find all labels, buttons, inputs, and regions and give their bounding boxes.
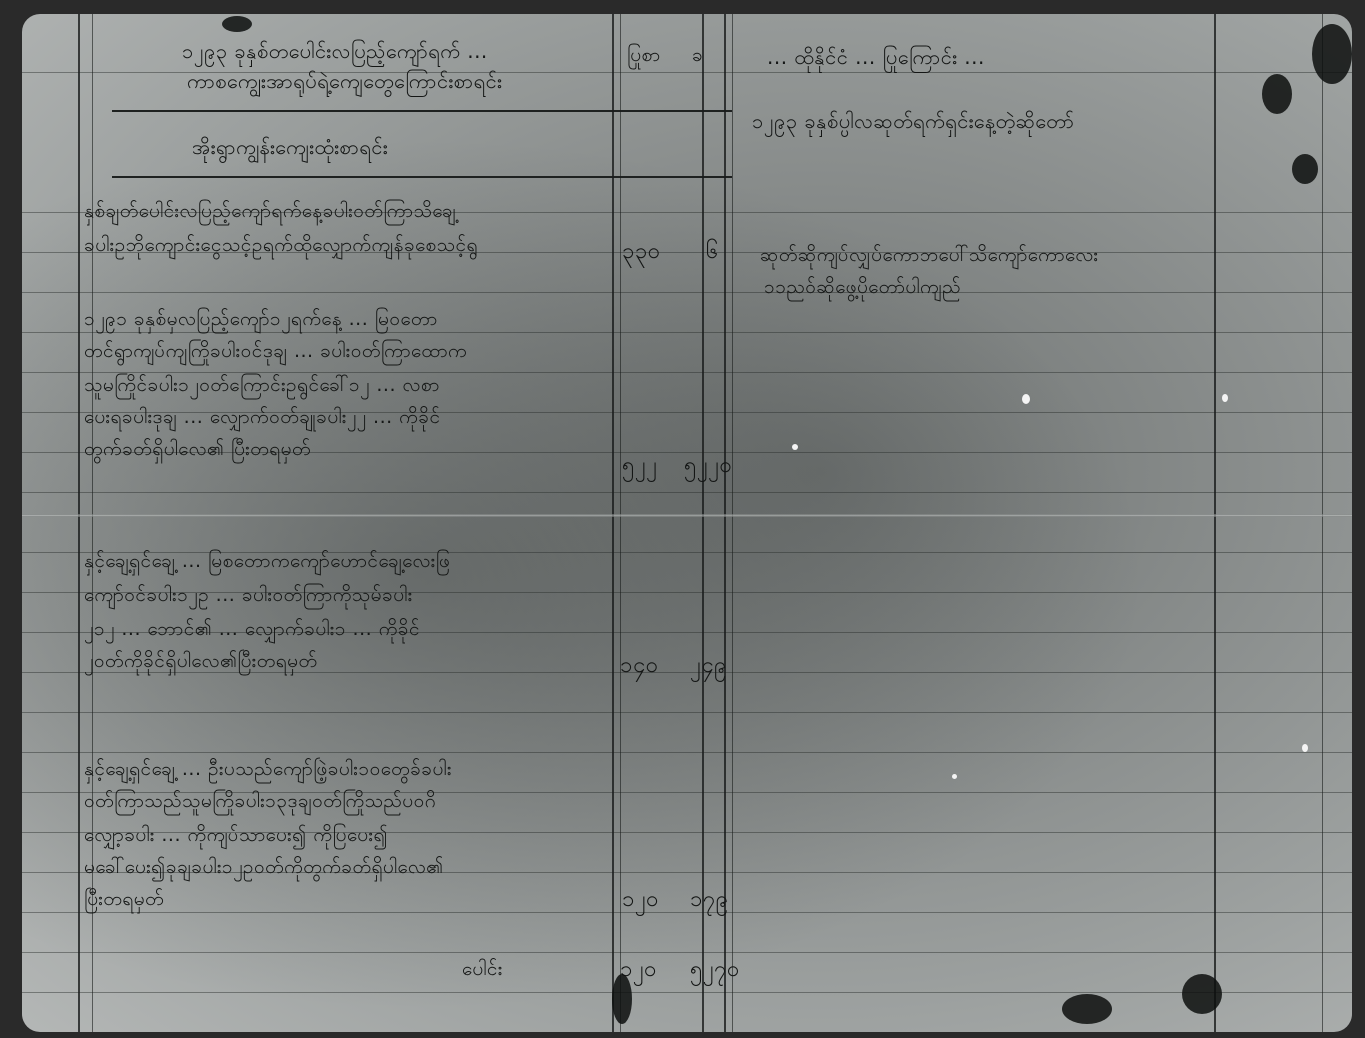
entry-fig2: ၅၂၂၀	[684, 450, 732, 481]
entry-line: သူမကြိုင်ခပါး၁၂ဝတ်ကြောင်းဥရွင်ခေါ်၁၂ ...…	[84, 370, 440, 401]
total-label: ပေါင်း	[462, 954, 503, 985]
manuscript-page: ၁၂၉၃ ခုနှစ်တပေါင်းလပြည့်ကျော်ရက် ... ကာစ…	[22, 14, 1352, 1032]
entry-line: မခေါ်ပေး၍ခုချခပါး၁၂ဥဝတ်ကိုတွက်ခတ်ရှိပါလေ…	[84, 852, 444, 883]
ink-blot	[1292, 154, 1318, 184]
speck	[1022, 394, 1030, 404]
ink-blot	[1262, 74, 1292, 114]
ink-blot	[612, 974, 632, 1024]
fold-crease	[22, 514, 1352, 517]
total-fig2: ၅၂၇၀	[690, 954, 740, 985]
entry-remark: ဆုတ်ဆိုကျပ်လျှပ်ကောဘပေါ်သိကျော်ကောလေး	[760, 240, 1098, 271]
entry-line: ခပါးဥဘိုကျောင်းငွေသင့်ဥရက်ထိုလျှောက်ကျန်…	[84, 230, 478, 261]
speck	[952, 774, 957, 779]
remarks-header-line2: ၁၂၉၃ ခုနှစ်ပ္ပါလဆုတ်ရက်ရှင်းနေ့တဲ့ဆိုတော…	[752, 106, 1074, 137]
header-subtitle: အိုးရွာကျွန်းကျေးထုံးစာရင်း	[192, 132, 388, 163]
entry-line: လျှော့ခပါး ... ကိုကျပ်သာပေး၍ ကိုပြပေး၍	[84, 820, 388, 851]
entry-line: ပေးရခပါးဒုချ ... လျှောက်ဝတ်ချုခပါး၂၂ ...…	[84, 402, 441, 433]
entry-line: ပြီးတရမှတ်	[84, 884, 164, 915]
entry-line: ကျော်ဝင်ခပါး၁၂ဥ ... ခပါးဝတ်ကြာကိုသုမ်ခပါ…	[84, 580, 413, 611]
entry-fig1: ၁၂၀	[622, 884, 659, 915]
entry-line: ဝတ်ကြာသည်သူမကြိုခပါး၁၃ဒုချဝတ်ကြိုသည်ပဝဂိ	[84, 786, 436, 817]
fig2-column-header: ခ	[692, 40, 703, 71]
entry-line: ၂ဝတ်ကိုခိုင်ရှိပါလေ၏ပြီးတရမှတ်	[84, 646, 318, 677]
ink-blot	[1062, 994, 1112, 1024]
speck	[1222, 394, 1228, 402]
entry-fig2: ၁၇၉	[690, 884, 729, 915]
remarks-header-line1: ... ထိုနိုင်ငံ ... ပြုကြောင်း ...	[767, 42, 985, 73]
speck	[792, 444, 798, 450]
fig1-column-header: ပြုစာ	[627, 40, 661, 71]
entry-line: တွက်ခတ်ရှိပါလေ၏ ပြီးတရမှတ်	[84, 434, 311, 465]
speck	[1302, 744, 1308, 752]
entry-fig1: ၃၃၀	[622, 236, 661, 267]
entry-line: ၂၁၂ ... ဘောင်၏ ... လျှောက်ခပါး၁ ... ကိုခ…	[84, 614, 420, 645]
entry-fig1: ၅၂၂	[622, 450, 658, 481]
entry-line: နှင့်ချေ့ရှင်ချေ့ ... မြစတောကကျော်ဟောင်ခ…	[84, 546, 450, 577]
entry-fig2: ၂၄၉	[690, 650, 727, 681]
header-title-line2: ကာစကျွေးအာရုပ်ရဲ့ကျေတွေကြောင်းစာရင်း	[187, 66, 502, 97]
entry-fig1: ၁၄၀	[620, 650, 659, 681]
entry-remark: ၁၁ညဝ်ဆိုဖွေ့ပိုတော်ပါကျည်	[764, 272, 961, 303]
ink-blot	[222, 16, 252, 32]
header-title-line1: ၁၂၉၃ ခုနှစ်တပေါင်းလပြည့်ကျော်ရက် ...	[182, 36, 488, 67]
ink-blot	[1182, 974, 1222, 1014]
entry-line: နှင့်ချေ့ရှင်ချေ့ ... ဦးပသည်ကျော်ဖြဲ့ခပါ…	[84, 754, 452, 785]
entry-line: နှစ်ချတ်ပေါင်းလပြည့်ကျော်ရက်နေ့ခပါးဝတ်ကြ…	[84, 196, 456, 227]
ink-blot	[1312, 24, 1352, 84]
entry-line: တင်ရွာကျပ်ကျကြိုခပါးဝင်ဒုချ ... ခပါးဝတ်က…	[84, 336, 467, 367]
entry-line: ၁၂၉၁ ခုနှစ်မှလပြည့်ကျော်၁၂ရက်နေ့ ... မြဝ…	[84, 304, 438, 335]
entry-fig2: ၆	[706, 236, 719, 267]
